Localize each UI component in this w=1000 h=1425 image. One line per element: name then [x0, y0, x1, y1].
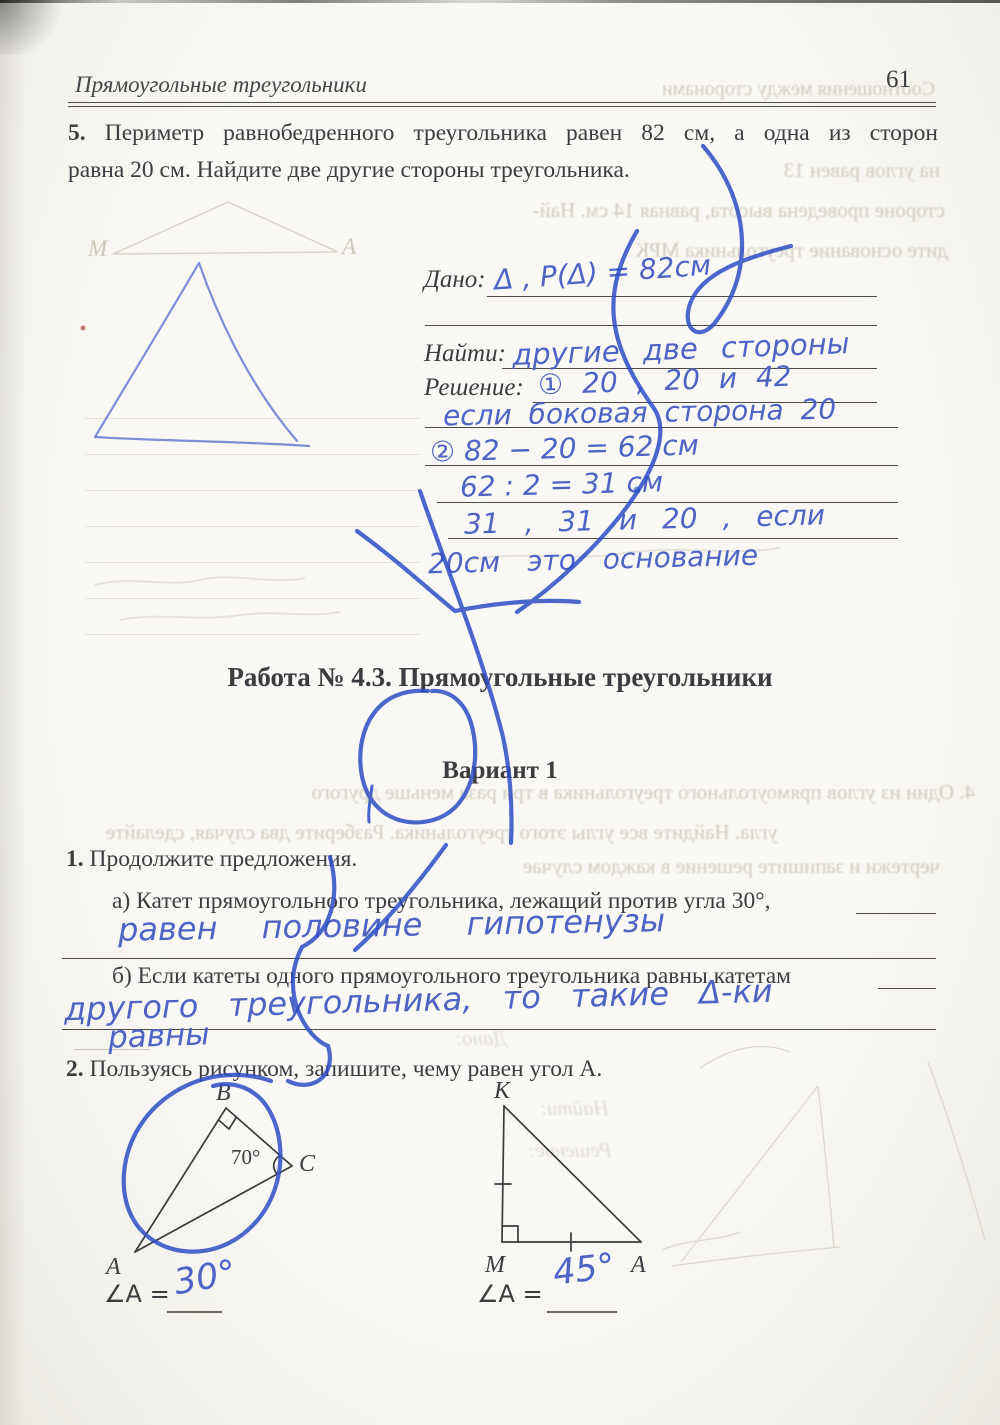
pen-checkmark: [688, 146, 791, 332]
left-triangle-side-ab: [135, 1108, 226, 1252]
scan-top-edge: [0, 0, 1000, 3]
pen-stroke: [288, 857, 334, 1085]
right-right-angle-mark: [502, 1226, 518, 1242]
right-triangle-side-km: [502, 1106, 504, 1242]
right-triangle-side-ka: [504, 1106, 641, 1242]
hand-drawn-triangle-base: [95, 437, 309, 446]
pen-circle-mark: [360, 691, 475, 823]
pen-stroke: [355, 845, 446, 950]
pen-tick: [369, 786, 372, 822]
pen-stroke: [357, 531, 579, 611]
left-right-angle-mark: [219, 1117, 237, 1129]
pen-stroke: [517, 231, 660, 612]
left-triangle-side-ac: [135, 1166, 292, 1252]
pen-loop-mark: [124, 1075, 281, 1252]
scanned-workbook-page: Соотношения между сторонами на углов рав…: [0, 0, 1000, 1425]
hand-drawn-triangle-right-side: [199, 263, 297, 441]
drawings-overlay: [0, 0, 1000, 1425]
hand-drawn-triangle-left-side: [95, 263, 199, 437]
